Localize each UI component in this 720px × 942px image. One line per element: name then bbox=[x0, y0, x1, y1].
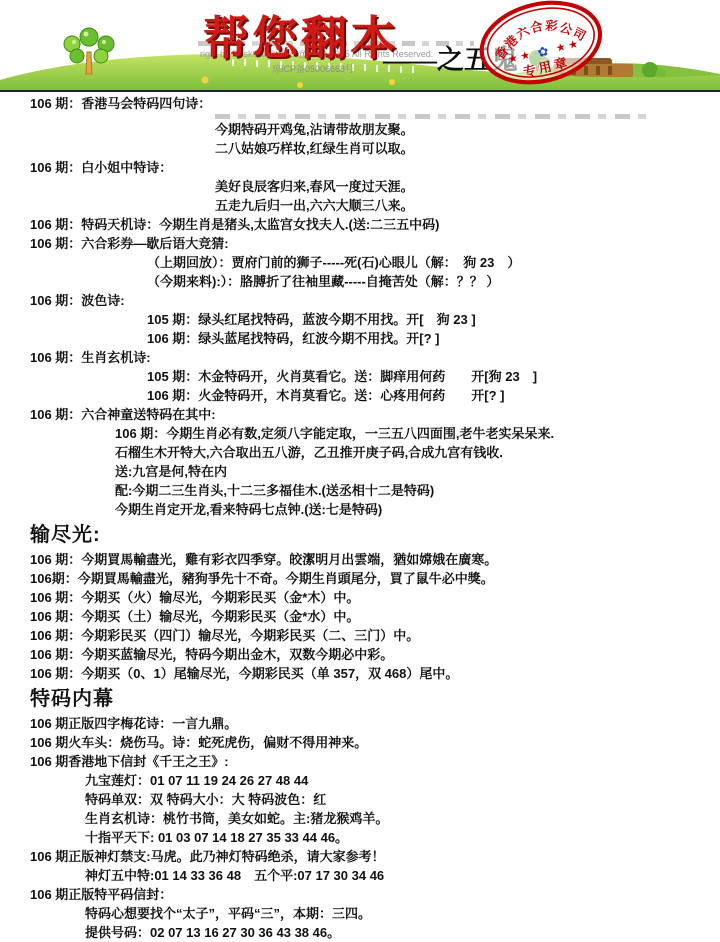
doc-line: 送:九宫是何,特在内 bbox=[30, 462, 710, 481]
section-heading: 输尽光: bbox=[30, 526, 710, 545]
doc-line: 106 期正版神灯禁支:马虎。此乃神灯特码绝杀，请大家参考！ bbox=[30, 847, 710, 866]
doc-line: 105 期：木金特码开，火肖莫看它。送：脚痒用何药 开[狗 23 ] bbox=[30, 367, 710, 386]
doc-line: 106 期：今期買馬輸盡光，雞有彩衣四季穿。皎潔明月出雲端，猶如嫦娥在廣寒。 bbox=[30, 550, 710, 569]
doc-line: 105 期：绿头红尾找特码，蓝波今期不用找。开[ 狗 23 ] bbox=[30, 310, 710, 329]
doc-line: 美好良辰客归来,春风一度过天涯。 bbox=[30, 177, 710, 196]
doc-line: 106 期火车头：烧伤马。诗：蛇死虎伤，偏财不得用神来。 bbox=[30, 733, 710, 752]
doc-line: 特码单双：双 特码大小：大 特码波色：红 bbox=[30, 790, 710, 809]
doc-line: 106 期：今期买（火）输尽光，今期彩民买（金*木）中。 bbox=[30, 588, 710, 607]
doc-line: 今期特码开鸡兔,沾请带故朋友聚。 bbox=[30, 114, 710, 139]
doc-line: （上期回放）：贾府门前的狮子-----死(石)心眼儿（解： 狗 23 ） bbox=[30, 253, 710, 272]
doc-line: 106 期：今期买（0、1）尾输尽光，今期彩民买（单 357，双 468）尾中。 bbox=[30, 664, 710, 683]
flower-dot bbox=[297, 82, 303, 88]
doc-line: （今期来料):）：胳膊折了往袖里藏-----自掩苦处（解：？？ ） bbox=[30, 272, 710, 291]
flower-dot bbox=[389, 79, 395, 85]
doc-line: 九宝莲灯：01 07 11 19 24 26 27 48 44 bbox=[30, 771, 710, 790]
doc-line: 石榴生木开特大,六合取出五八游，乙丑推开庚子码,合成九宫有钱收. bbox=[30, 443, 710, 462]
doc-body: 106 期：香港马会特码四句诗：今期特码开鸡兔,沾请带故朋友聚。二八姑娘巧样妆,… bbox=[0, 92, 720, 942]
doc-line: 106 期：今期买（土）输尽光，今期彩民买（金*水）中。 bbox=[30, 607, 710, 626]
doc-line: 二八姑娘巧样妆,红绿生肖可以取。 bbox=[30, 139, 710, 158]
doc-line: 106 期：今期彩民买（四门）输尽光，今期彩民买（二、三门）中。 bbox=[30, 626, 710, 645]
page-header: 帮您翻本 ——之五鬼 right by DeskCar Studio @2000… bbox=[0, 0, 720, 92]
doc-line: 106 期：白小姐中特诗： bbox=[30, 158, 710, 177]
doc-line: 106 期：今期买蓝输尽光，特码今期出金木，双数今期必中彩。 bbox=[30, 645, 710, 664]
doc-line: 106 期：六合彩券—歇后语大竞猜: bbox=[30, 234, 710, 253]
doc-line: 106 期：火金特码开，木肖莫看它。送：心疼用何药 开[? ] bbox=[30, 386, 710, 405]
doc-line: 五走九后归一出,六六大顺三八来。 bbox=[30, 196, 710, 215]
doc-line: 106 期：绿头蓝尾找特码，红波今期不用找。开[? ] bbox=[30, 329, 710, 348]
doc-line: 生肖玄机诗：桃竹书筒，美女如蛇。主:猪龙猴鸡羊。 bbox=[30, 809, 710, 828]
doc-line: 106 期香港地下信封《千王之王》: bbox=[30, 752, 710, 771]
doc-line: 106 期：今期生肖必有数,定须八字能定取，一三五八四面围,老牛老实呆呆来. bbox=[30, 424, 710, 443]
doc-line: 106 期：香港马会特码四句诗： bbox=[30, 94, 710, 113]
section-heading: 特码内幕 bbox=[30, 690, 710, 709]
doc-line: 106 期：六合神童送特码在其中: bbox=[30, 405, 710, 424]
page-title: 帮您翻本 bbox=[203, 2, 399, 68]
flower-dot bbox=[202, 77, 209, 84]
bush-icon bbox=[642, 62, 666, 78]
doc-line: 今期生肖定开龙,看来特码七点钟.(送:七是特码) bbox=[30, 500, 710, 519]
doc-line: 十指平天下: 01 03 07 14 18 27 35 33 44 46。 bbox=[30, 828, 710, 847]
doc-line: 106 期：波色诗: bbox=[30, 291, 710, 310]
doc-line: 106 期正版特平码信封： bbox=[30, 885, 710, 904]
doc-line: 106 期正版四字梅花诗：一言九鼎。 bbox=[30, 714, 710, 733]
doc-line: 特码心想要找个“太子”，平码“三”，本期：三四。 bbox=[30, 904, 710, 923]
lottery-tip-sheet: 帮您翻本 ——之五鬼 right by DeskCar Studio @2000… bbox=[0, 0, 720, 942]
doc-line: 提供号码：02 07 13 16 27 30 36 43 38 46。 bbox=[30, 923, 710, 942]
doc-line: 106期：今期買馬輸盡光，豬狗爭先十不奇。今期生肖頭尾分，買了鼠牛必中獎。 bbox=[30, 569, 710, 588]
doc-line: 神灯五中特:01 14 33 36 48 五个平:07 17 30 34 46 bbox=[30, 866, 710, 885]
doc-line: 106 期：生肖玄机诗: bbox=[30, 348, 710, 367]
doc-line: 106 期：特码天机诗：今期生肖是猪头,太监宫女找夫人.(送:二三五中码) bbox=[30, 215, 710, 234]
doc-line: 配:今期二三生肖头,十二三多福佳木.(送丞相十二是特码) bbox=[30, 481, 710, 500]
